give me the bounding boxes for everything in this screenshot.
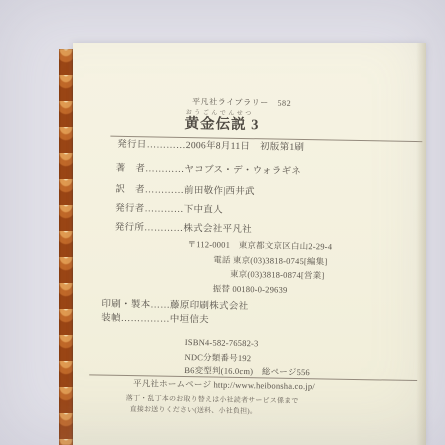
publication-date-row: 発行日…………2006年8月11日 初版第1刷 (117, 141, 304, 154)
book: 平凡社ライブラリー 582 おうごんでんせつ 黄金伝説 3 発行日…………200… (59, 43, 426, 445)
series-label: 平凡社ライブラリー 582 (192, 98, 291, 108)
publisher-person-row: 発行者…………下中直人 (115, 205, 223, 216)
format-pages-line: B6変型判(16.0cm) 総ページ556 (184, 366, 310, 377)
publishing-house-row: 発行所…………株式会社平凡社 (115, 224, 252, 236)
ndc-line: NDC分類番号192 (184, 353, 251, 363)
notice-line-2: 直接お送りください(送料、小社負担)。 (130, 406, 258, 415)
address-line: 〒112-0001 東京都文京区白山2-29-4 (187, 240, 332, 251)
colophon-page: 平凡社ライブラリー 582 おうごんでんせつ 黄金伝説 3 発行日…………200… (73, 43, 426, 445)
isbn-line: ISBN4-582-76582-3 (185, 338, 259, 348)
colophon-content: 平凡社ライブラリー 582 おうごんでんせつ 黄金伝説 3 発行日…………200… (66, 43, 426, 445)
printer-row: 印刷・製本……藤原印刷株式会社 (101, 301, 248, 313)
book-title: 黄金伝説 3 (184, 117, 259, 133)
homepage-line: 平凡社ホームページ http://www.heibonsha.co.jp/ (133, 379, 315, 391)
book-photo: 平凡社ライブラリー 582 おうごんでんせつ 黄金伝説 3 発行日…………200… (0, 0, 445, 445)
translator-row: 訳 者…………前田敬作|西井武 (115, 186, 255, 198)
phone-sales-line: 東京(03)3818-0874[営業] (230, 270, 325, 280)
notice-line-1: 落丁・乱丁本のお取り替えは小社読者サービス係まで (126, 395, 299, 405)
author-row: 著 者…………ヤコブス・デ・ウォラギネ (116, 165, 301, 178)
postal-transfer-line: 振替 00180-0-29639 (213, 284, 288, 294)
phone-editorial-line: 電話 東京(03)3818-0745[編集] (213, 255, 327, 265)
book-design-row: 装幀……………中垣信夫 (101, 315, 209, 326)
